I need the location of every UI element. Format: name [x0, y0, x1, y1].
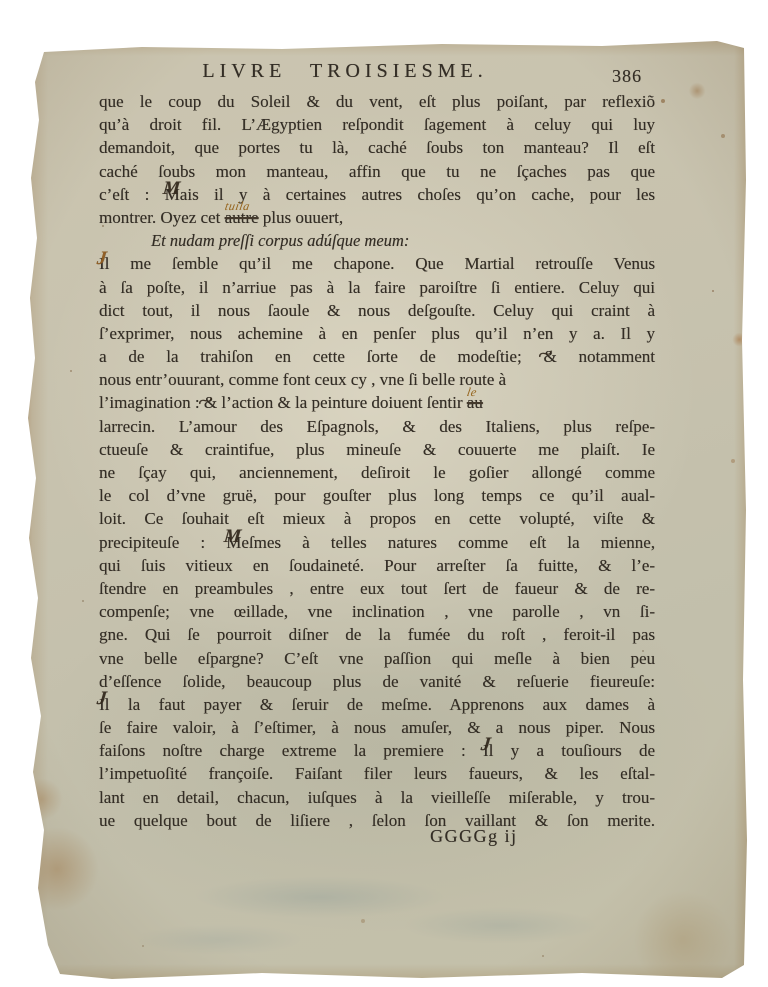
- overwritten-letter: IJ: [99, 693, 105, 716]
- text-line: IJl me ſemble qu’il me chapone. Que Mart…: [99, 252, 655, 275]
- printed-text: caché ſoubs mon manteau, affin que tu ne…: [99, 162, 655, 181]
- printed-text: nous entr’ouurant, comme font ceux cy , …: [99, 370, 506, 389]
- text-line: d’eſſence ſolide, beaucoup plus de vanit…: [99, 670, 655, 693]
- overwritten-letter: IJ: [99, 252, 105, 275]
- printed-text: ſe faire valoir, à ſ’eſtimer, à nous amu…: [99, 718, 655, 737]
- printed-text: a de la trahiſon en cette ſorte de modeſ…: [99, 347, 543, 366]
- printed-text: ſ’exprimer, nous achemine à en penſer pl…: [99, 324, 655, 343]
- text-line: a de la trahiſon en cette ſorte de modeſ…: [99, 345, 655, 368]
- handwritten-insertion: le: [466, 386, 478, 398]
- text-line: gne. Qui ſe pourroit diſner de la fumée …: [99, 623, 655, 646]
- handwritten-insertion: tuila: [224, 200, 251, 212]
- running-header: LIVRE TROISIESME.: [99, 60, 591, 83]
- printed-text: notamment: [557, 347, 655, 366]
- text-line: c’eſt : MMais il y à certaines autres ch…: [99, 183, 655, 206]
- scanned-book-page: LIVRE TROISIESME. 386 que le coup du Sol…: [22, 40, 748, 982]
- text-line: ctueuſe & craintifue, plus mineuſe & cou…: [99, 438, 655, 461]
- text-line: IJl la faut payer & ſeruir de meſme. App…: [99, 693, 655, 716]
- text-line: ſe faire valoir, à ſ’eſtimer, à nous amu…: [99, 716, 655, 739]
- struck-printed-word: aule: [467, 393, 483, 412]
- text-line: ue quelque bout de liſiere , ſelon ſon v…: [99, 809, 655, 832]
- text-line: caché ſoubs mon manteau, affin que tu ne…: [99, 160, 655, 183]
- printed-text: montrer. Oyez cet: [99, 208, 225, 227]
- printed-text: ne ſçay qui, anciennement, deſiroit le g…: [99, 463, 655, 482]
- printed-text: l la faut payer & ſeruir de meſme. Appre…: [105, 695, 655, 714]
- page-number: 386: [612, 66, 642, 87]
- printed-text: le col d’vne gruë, pour gouſter plus lon…: [99, 486, 655, 505]
- struck-printed-word: autretuila: [225, 208, 259, 227]
- text-line: lant en detail, chacun, iuſques à la vie…: [99, 786, 655, 809]
- text-line: à ſa poſte, il n’arriue pas à la faire p…: [99, 276, 655, 299]
- printed-text: lant en detail, chacun, iuſques à la vie…: [99, 788, 655, 807]
- body-text: que le coup du Soleil & du vent, eſt plu…: [99, 90, 655, 832]
- text-line: ſtendre en preambules , entre eux tout ſ…: [99, 577, 655, 600]
- paper-stain-specks: [22, 40, 24, 42]
- printed-text: vne belle eſpargne? C’eſt vne paſſion qu…: [99, 649, 655, 668]
- printed-text: ue quelque bout de liſiere , ſelon ſon v…: [99, 811, 655, 830]
- text-line: qui ſuis vitieux en ſoudaineté. Pour arr…: [99, 554, 655, 577]
- printed-text: compenſe; vne œillade, vne inclination ,…: [99, 602, 655, 621]
- printed-text: c’eſt :: [99, 185, 165, 204]
- printed-text: ais il y à certaines autres choſes qu’on…: [180, 185, 655, 204]
- text-line: qu’à droit fil. L’Ægyptien reſpondit ſag…: [99, 113, 655, 136]
- overwritten-letter: MM: [226, 531, 241, 554]
- text-line: montrer. Oyez cet autretuila plus ouuert…: [99, 206, 655, 229]
- text-line: vne belle eſpargne? C’eſt vne paſſion qu…: [99, 647, 655, 670]
- text-line: l’imagination : &~ l’action & la peintur…: [99, 391, 655, 414]
- printed-text: larrecin. L’amour des Eſpagnols, & des I…: [99, 417, 655, 436]
- printed-text: precipiteuſe :: [99, 533, 226, 552]
- printed-text: faiſons noſtre charge extreme la premier…: [99, 741, 483, 760]
- printed-text: gne. Qui ſe pourroit diſner de la fumée …: [99, 625, 655, 644]
- text-line: ſ’exprimer, nous achemine à en penſer pl…: [99, 322, 655, 345]
- text-line: Et nudam preſſi corpus adúſque meum:: [99, 229, 655, 252]
- text-line: que le coup du Soleil & du vent, eſt plu…: [99, 90, 655, 113]
- printed-text: l me ſemble qu’il me chapone. Que Martia…: [105, 254, 655, 273]
- overwritten-letter: MM: [165, 183, 180, 206]
- handwritten-mark: M: [223, 527, 242, 546]
- text-line: demandoit, que portes tu là, caché ſoubs…: [99, 136, 655, 159]
- printed-text: eſmes à telles natures comme eſt la mien…: [241, 533, 655, 552]
- text-line: le col d’vne gruë, pour gouſter plus lon…: [99, 484, 655, 507]
- printed-text: demandoit, que portes tu là, caché ſoubs…: [99, 138, 655, 157]
- printed-text: l y a touſiours de: [489, 741, 655, 760]
- text-line: compenſe; vne œillade, vne inclination ,…: [99, 600, 655, 623]
- handwritten-mark: M: [162, 179, 181, 198]
- printed-text: qui ſuis vitieux en ſoudaineté. Pour arr…: [99, 556, 655, 575]
- printed-text: dict tout, il nous ſaoule & nous deſgouſ…: [99, 301, 655, 320]
- text-line: larrecin. L’amour des Eſpagnols, & des I…: [99, 415, 655, 438]
- text-line: faiſons noſtre charge extreme la premier…: [99, 739, 655, 762]
- text-line: precipiteuſe : MMeſmes à telles natures …: [99, 531, 655, 554]
- printed-text: d’eſſence ſolide, beaucoup plus de vanit…: [99, 672, 655, 691]
- text-line: ne ſçay qui, anciennement, deſiroit le g…: [99, 461, 655, 484]
- overwritten-letter: &~: [543, 345, 556, 368]
- printed-text: l’impetuoſité françoiſe. Faiſant filer l…: [99, 764, 655, 783]
- printed-text: l’action & la peinture doiuent ſentir: [217, 393, 467, 412]
- overwritten-letter: IJ: [483, 739, 489, 762]
- printed-text: ſtendre en preambules , entre eux tout ſ…: [99, 579, 655, 598]
- text-line: dict tout, il nous ſaoule & nous deſgouſ…: [99, 299, 655, 322]
- printed-text: plus ouuert,: [259, 208, 344, 227]
- text-line: l’impetuoſité françoiſe. Faiſant filer l…: [99, 762, 655, 785]
- overwritten-letter: &~: [204, 391, 217, 414]
- printed-text: que le coup du Soleil & du vent, eſt plu…: [99, 92, 655, 111]
- text-line: loit. Ce ſouhait eſt mieux à propos en c…: [99, 507, 655, 530]
- printed-text: Et nudam preſſi corpus adúſque meum:: [151, 231, 409, 250]
- printed-text: loit. Ce ſouhait eſt mieux à propos en c…: [99, 509, 655, 528]
- printed-text: ctueuſe & craintifue, plus mineuſe & cou…: [99, 440, 655, 459]
- printed-text: qu’à droit fil. L’Ægyptien reſpondit ſag…: [99, 115, 655, 134]
- printed-text: à ſa poſte, il n’arriue pas à la faire p…: [99, 278, 655, 297]
- text-line: nous entr’ouurant, comme font ceux cy , …: [99, 368, 655, 391]
- signature-mark: GGGGg ij: [430, 826, 518, 847]
- printed-text: l’imagination :: [99, 393, 204, 412]
